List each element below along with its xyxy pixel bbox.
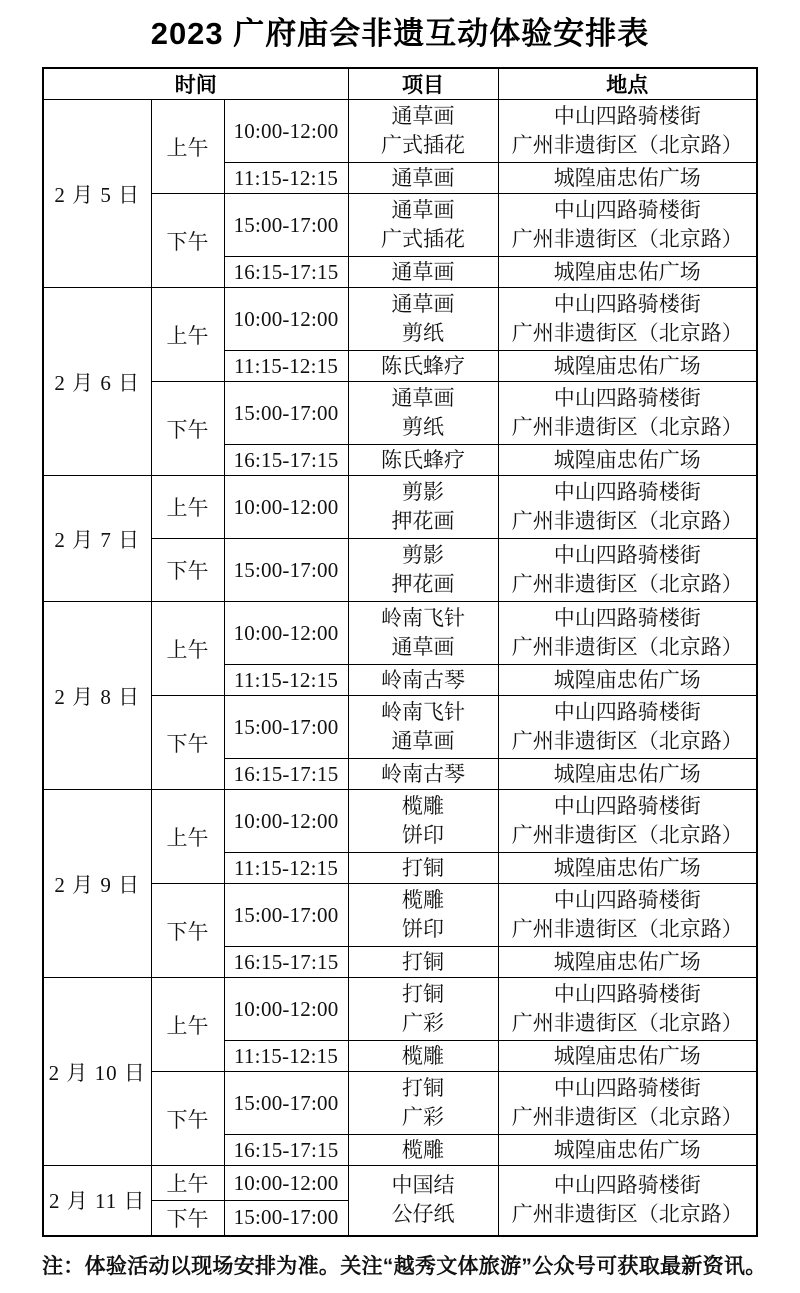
time-cell: 10:00-12:00 bbox=[224, 978, 348, 1041]
time-cell: 15:00-17:00 bbox=[224, 696, 348, 759]
item-line: 陈氏蜂疗 bbox=[349, 446, 498, 475]
item-line: 押花画 bbox=[349, 507, 498, 536]
item-cell: 通草画广式插花 bbox=[348, 194, 498, 257]
schedule-row: 下午15:00-17:00剪影押花画中山四路骑楼街广州非遗街区（北京路） bbox=[43, 539, 757, 602]
location-line: 中山四路骑楼街 bbox=[499, 980, 757, 1009]
item-cell: 打铜 bbox=[348, 853, 498, 884]
location-line: 中山四路骑楼街 bbox=[499, 196, 757, 225]
location-line: 广州非遗街区（北京路） bbox=[499, 821, 757, 850]
period-cell: 下午 bbox=[151, 696, 224, 790]
period-cell: 上午 bbox=[151, 288, 224, 382]
location-cell: 中山四路骑楼街广州非遗街区（北京路） bbox=[498, 884, 757, 947]
location-cell: 中山四路骑楼街广州非遗街区（北京路） bbox=[498, 288, 757, 351]
period-cell: 上午 bbox=[151, 1166, 224, 1201]
time-cell: 16:15-17:15 bbox=[224, 759, 348, 790]
location-line: 广州非遗街区（北京路） bbox=[499, 727, 757, 756]
time-cell: 15:00-17:00 bbox=[224, 194, 348, 257]
item-line: 打铜 bbox=[349, 1074, 498, 1103]
location-line: 中山四路骑楼街 bbox=[499, 1171, 757, 1200]
item-line: 中国结 bbox=[349, 1171, 498, 1200]
time-cell: 16:15-17:15 bbox=[224, 445, 348, 476]
item-line: 榄雕 bbox=[349, 1042, 498, 1071]
location-cell: 中山四路骑楼街广州非遗街区（北京路） bbox=[498, 194, 757, 257]
item-cell: 通草画剪纸 bbox=[348, 382, 498, 445]
date-cell: 2 月 10 日 bbox=[43, 978, 151, 1166]
location-line: 广州非遗街区（北京路） bbox=[499, 1200, 757, 1229]
item-line: 广彩 bbox=[349, 1009, 498, 1038]
item-line: 通草画 bbox=[349, 102, 498, 131]
item-line: 广彩 bbox=[349, 1103, 498, 1132]
period-cell: 下午 bbox=[151, 884, 224, 978]
item-line: 剪影 bbox=[349, 478, 498, 507]
column-header-item: 项目 bbox=[348, 68, 498, 100]
date-cell: 2 月 7 日 bbox=[43, 476, 151, 602]
location-cell: 城隍庙忠佑广场 bbox=[498, 257, 757, 288]
date-cell: 2 月 11 日 bbox=[43, 1166, 151, 1236]
schedule-row: 2 月 5 日上午10:00-12:00通草画广式插花中山四路骑楼街广州非遗街区… bbox=[43, 100, 757, 163]
schedule-page: 2023 广府庙会非遗互动体验安排表 时间 项目 地点 2 月 5 日上午10:… bbox=[0, 0, 800, 1293]
location-line: 城隍庙忠佑广场 bbox=[499, 948, 757, 977]
location-line: 广州非遗街区（北京路） bbox=[499, 633, 757, 662]
location-cell: 中山四路骑楼街广州非遗街区（北京路） bbox=[498, 100, 757, 163]
time-cell: 11:15-12:15 bbox=[224, 351, 348, 382]
location-line: 广州非遗街区（北京路） bbox=[499, 507, 757, 536]
period-cell: 上午 bbox=[151, 602, 224, 696]
header-row: 时间 项目 地点 bbox=[43, 68, 757, 100]
location-cell: 中山四路骑楼街广州非遗街区（北京路） bbox=[498, 476, 757, 539]
time-cell: 10:00-12:00 bbox=[224, 790, 348, 853]
item-line: 剪纸 bbox=[349, 413, 498, 442]
period-cell: 下午 bbox=[151, 1072, 224, 1166]
item-line: 剪影 bbox=[349, 541, 498, 570]
item-line: 岭南飞针 bbox=[349, 604, 498, 633]
schedule-row: 2 月 8 日上午10:00-12:00岭南飞针通草画中山四路骑楼街广州非遗街区… bbox=[43, 602, 757, 665]
period-cell: 下午 bbox=[151, 1201, 224, 1236]
location-line: 城隍庙忠佑广场 bbox=[499, 446, 757, 475]
location-cell: 中山四路骑楼街广州非遗街区（北京路） bbox=[498, 1166, 757, 1236]
schedule-row: 下午15:00-17:00打铜广彩中山四路骑楼街广州非遗街区（北京路） bbox=[43, 1072, 757, 1135]
item-line: 通草画 bbox=[349, 164, 498, 193]
location-cell: 中山四路骑楼街广州非遗街区（北京路） bbox=[498, 382, 757, 445]
item-cell: 通草画 bbox=[348, 163, 498, 194]
location-line: 中山四路骑楼街 bbox=[499, 290, 757, 319]
location-cell: 城隍庙忠佑广场 bbox=[498, 759, 757, 790]
location-line: 广州非遗街区（北京路） bbox=[499, 1009, 757, 1038]
location-line: 城隍庙忠佑广场 bbox=[499, 1042, 757, 1071]
location-line: 中山四路骑楼街 bbox=[499, 541, 757, 570]
location-line: 中山四路骑楼街 bbox=[499, 792, 757, 821]
item-line: 榄雕 bbox=[349, 792, 498, 821]
time-cell: 11:15-12:15 bbox=[224, 665, 348, 696]
item-cell: 陈氏蜂疗 bbox=[348, 351, 498, 382]
location-line: 城隍庙忠佑广场 bbox=[499, 760, 757, 789]
location-cell: 城隍庙忠佑广场 bbox=[498, 163, 757, 194]
schedule-table: 时间 项目 地点 2 月 5 日上午10:00-12:00通草画广式插花中山四路… bbox=[42, 67, 758, 1237]
time-cell: 15:00-17:00 bbox=[224, 1072, 348, 1135]
location-line: 中山四路骑楼街 bbox=[499, 886, 757, 915]
time-cell: 16:15-17:15 bbox=[224, 257, 348, 288]
item-line: 通草画 bbox=[349, 290, 498, 319]
period-cell: 上午 bbox=[151, 100, 224, 194]
item-cell: 榄雕 bbox=[348, 1041, 498, 1072]
item-cell: 榄雕饼印 bbox=[348, 884, 498, 947]
item-line: 通草画 bbox=[349, 258, 498, 287]
item-line: 公仔纸 bbox=[349, 1200, 498, 1229]
time-cell: 10:00-12:00 bbox=[224, 100, 348, 163]
item-line: 榄雕 bbox=[349, 886, 498, 915]
item-cell: 榄雕饼印 bbox=[348, 790, 498, 853]
time-cell: 11:15-12:15 bbox=[224, 853, 348, 884]
location-line: 城隍庙忠佑广场 bbox=[499, 1136, 757, 1165]
item-cell: 打铜 bbox=[348, 947, 498, 978]
item-cell: 通草画剪纸 bbox=[348, 288, 498, 351]
location-line: 中山四路骑楼街 bbox=[499, 604, 757, 633]
location-cell: 城隍庙忠佑广场 bbox=[498, 665, 757, 696]
item-cell: 剪影押花画 bbox=[348, 539, 498, 602]
time-cell: 15:00-17:00 bbox=[224, 539, 348, 602]
item-line: 饼印 bbox=[349, 821, 498, 850]
location-cell: 城隍庙忠佑广场 bbox=[498, 1135, 757, 1166]
period-cell: 下午 bbox=[151, 194, 224, 288]
time-cell: 10:00-12:00 bbox=[224, 602, 348, 665]
item-line: 广式插花 bbox=[349, 225, 498, 254]
time-cell: 16:15-17:15 bbox=[224, 947, 348, 978]
period-cell: 上午 bbox=[151, 476, 224, 539]
location-line: 中山四路骑楼街 bbox=[499, 478, 757, 507]
column-header-location: 地点 bbox=[498, 68, 757, 100]
period-cell: 下午 bbox=[151, 382, 224, 476]
period-cell: 上午 bbox=[151, 790, 224, 884]
period-cell: 上午 bbox=[151, 978, 224, 1072]
time-cell: 11:15-12:15 bbox=[224, 163, 348, 194]
item-cell: 岭南古琴 bbox=[348, 665, 498, 696]
item-cell: 剪影押花画 bbox=[348, 476, 498, 539]
location-line: 广州非遗街区（北京路） bbox=[499, 319, 757, 348]
location-line: 城隍庙忠佑广场 bbox=[499, 258, 757, 287]
location-cell: 中山四路骑楼街广州非遗街区（北京路） bbox=[498, 978, 757, 1041]
item-line: 通草画 bbox=[349, 633, 498, 662]
location-line: 广州非遗街区（北京路） bbox=[499, 1103, 757, 1132]
item-line: 押花画 bbox=[349, 570, 498, 599]
schedule-row: 2 月 6 日上午10:00-12:00通草画剪纸中山四路骑楼街广州非遗街区（北… bbox=[43, 288, 757, 351]
location-cell: 城隍庙忠佑广场 bbox=[498, 351, 757, 382]
time-cell: 15:00-17:00 bbox=[224, 1201, 348, 1236]
item-cell: 岭南飞针通草画 bbox=[348, 696, 498, 759]
item-cell: 打铜广彩 bbox=[348, 978, 498, 1041]
time-cell: 10:00-12:00 bbox=[224, 288, 348, 351]
item-line: 岭南飞针 bbox=[349, 698, 498, 727]
time-cell: 11:15-12:15 bbox=[224, 1041, 348, 1072]
item-cell: 通草画广式插花 bbox=[348, 100, 498, 163]
item-cell: 陈氏蜂疗 bbox=[348, 445, 498, 476]
time-cell: 16:15-17:15 bbox=[224, 1135, 348, 1166]
item-cell: 通草画 bbox=[348, 257, 498, 288]
location-line: 城隍庙忠佑广场 bbox=[499, 854, 757, 883]
item-line: 剪纸 bbox=[349, 319, 498, 348]
schedule-row: 2 月 9 日上午10:00-12:00榄雕饼印中山四路骑楼街广州非遗街区（北京… bbox=[43, 790, 757, 853]
location-line: 中山四路骑楼街 bbox=[499, 1074, 757, 1103]
schedule-row: 2 月 7 日上午10:00-12:00剪影押花画中山四路骑楼街广州非遗街区（北… bbox=[43, 476, 757, 539]
page-title: 2023 广府庙会非遗互动体验安排表 bbox=[20, 14, 780, 54]
item-line: 打铜 bbox=[349, 854, 498, 883]
schedule-row: 下午15:00-17:00通草画剪纸中山四路骑楼街广州非遗街区（北京路） bbox=[43, 382, 757, 445]
location-line: 中山四路骑楼街 bbox=[499, 102, 757, 131]
location-line: 广州非遗街区（北京路） bbox=[499, 570, 757, 599]
schedule-row: 2 月 11 日上午10:00-12:00中国结公仔纸中山四路骑楼街广州非遗街区… bbox=[43, 1166, 757, 1201]
location-cell: 中山四路骑楼街广州非遗街区（北京路） bbox=[498, 539, 757, 602]
date-cell: 2 月 8 日 bbox=[43, 602, 151, 790]
column-header-time: 时间 bbox=[43, 68, 348, 100]
location-line: 广州非遗街区（北京路） bbox=[499, 225, 757, 254]
time-cell: 15:00-17:00 bbox=[224, 382, 348, 445]
schedule-row: 下午15:00-17:00通草画广式插花中山四路骑楼街广州非遗街区（北京路） bbox=[43, 194, 757, 257]
item-line: 榄雕 bbox=[349, 1136, 498, 1165]
item-line: 岭南古琴 bbox=[349, 666, 498, 695]
location-line: 广州非遗街区（北京路） bbox=[499, 915, 757, 944]
time-cell: 10:00-12:00 bbox=[224, 476, 348, 539]
location-line: 中山四路骑楼街 bbox=[499, 698, 757, 727]
location-line: 城隍庙忠佑广场 bbox=[499, 666, 757, 695]
location-line: 广州非遗街区（北京路） bbox=[499, 131, 757, 160]
location-cell: 城隍庙忠佑广场 bbox=[498, 947, 757, 978]
location-line: 广州非遗街区（北京路） bbox=[499, 413, 757, 442]
schedule-row: 下午15:00-17:00岭南飞针通草画中山四路骑楼街广州非遗街区（北京路） bbox=[43, 696, 757, 759]
date-cell: 2 月 5 日 bbox=[43, 100, 151, 288]
item-cell: 岭南古琴 bbox=[348, 759, 498, 790]
date-cell: 2 月 6 日 bbox=[43, 288, 151, 476]
date-cell: 2 月 9 日 bbox=[43, 790, 151, 978]
location-line: 城隍庙忠佑广场 bbox=[499, 352, 757, 381]
item-line: 广式插花 bbox=[349, 131, 498, 160]
time-cell: 10:00-12:00 bbox=[224, 1166, 348, 1201]
item-line: 打铜 bbox=[349, 948, 498, 977]
item-cell: 打铜广彩 bbox=[348, 1072, 498, 1135]
item-line: 饼印 bbox=[349, 915, 498, 944]
schedule-row: 下午15:00-17:00榄雕饼印中山四路骑楼街广州非遗街区（北京路） bbox=[43, 884, 757, 947]
location-cell: 城隍庙忠佑广场 bbox=[498, 853, 757, 884]
footnote: 注：体验活动以现场安排为准。关注“越秀文体旅游”公众号可获取最新资讯。 bbox=[42, 1253, 787, 1280]
location-cell: 中山四路骑楼街广州非遗街区（北京路） bbox=[498, 696, 757, 759]
location-cell: 中山四路骑楼街广州非遗街区（北京路） bbox=[498, 1072, 757, 1135]
time-cell: 15:00-17:00 bbox=[224, 884, 348, 947]
location-cell: 城隍庙忠佑广场 bbox=[498, 445, 757, 476]
item-line: 打铜 bbox=[349, 980, 498, 1009]
location-line: 中山四路骑楼街 bbox=[499, 384, 757, 413]
item-line: 岭南古琴 bbox=[349, 760, 498, 789]
period-cell: 下午 bbox=[151, 539, 224, 602]
location-cell: 中山四路骑楼街广州非遗街区（北京路） bbox=[498, 790, 757, 853]
location-cell: 中山四路骑楼街广州非遗街区（北京路） bbox=[498, 602, 757, 665]
item-line: 通草画 bbox=[349, 727, 498, 756]
item-cell: 中国结公仔纸 bbox=[348, 1166, 498, 1236]
item-line: 陈氏蜂疗 bbox=[349, 352, 498, 381]
schedule-row: 2 月 10 日上午10:00-12:00打铜广彩中山四路骑楼街广州非遗街区（北… bbox=[43, 978, 757, 1041]
item-line: 通草画 bbox=[349, 196, 498, 225]
location-line: 城隍庙忠佑广场 bbox=[499, 164, 757, 193]
item-cell: 榄雕 bbox=[348, 1135, 498, 1166]
item-line: 通草画 bbox=[349, 384, 498, 413]
location-cell: 城隍庙忠佑广场 bbox=[498, 1041, 757, 1072]
item-cell: 岭南飞针通草画 bbox=[348, 602, 498, 665]
